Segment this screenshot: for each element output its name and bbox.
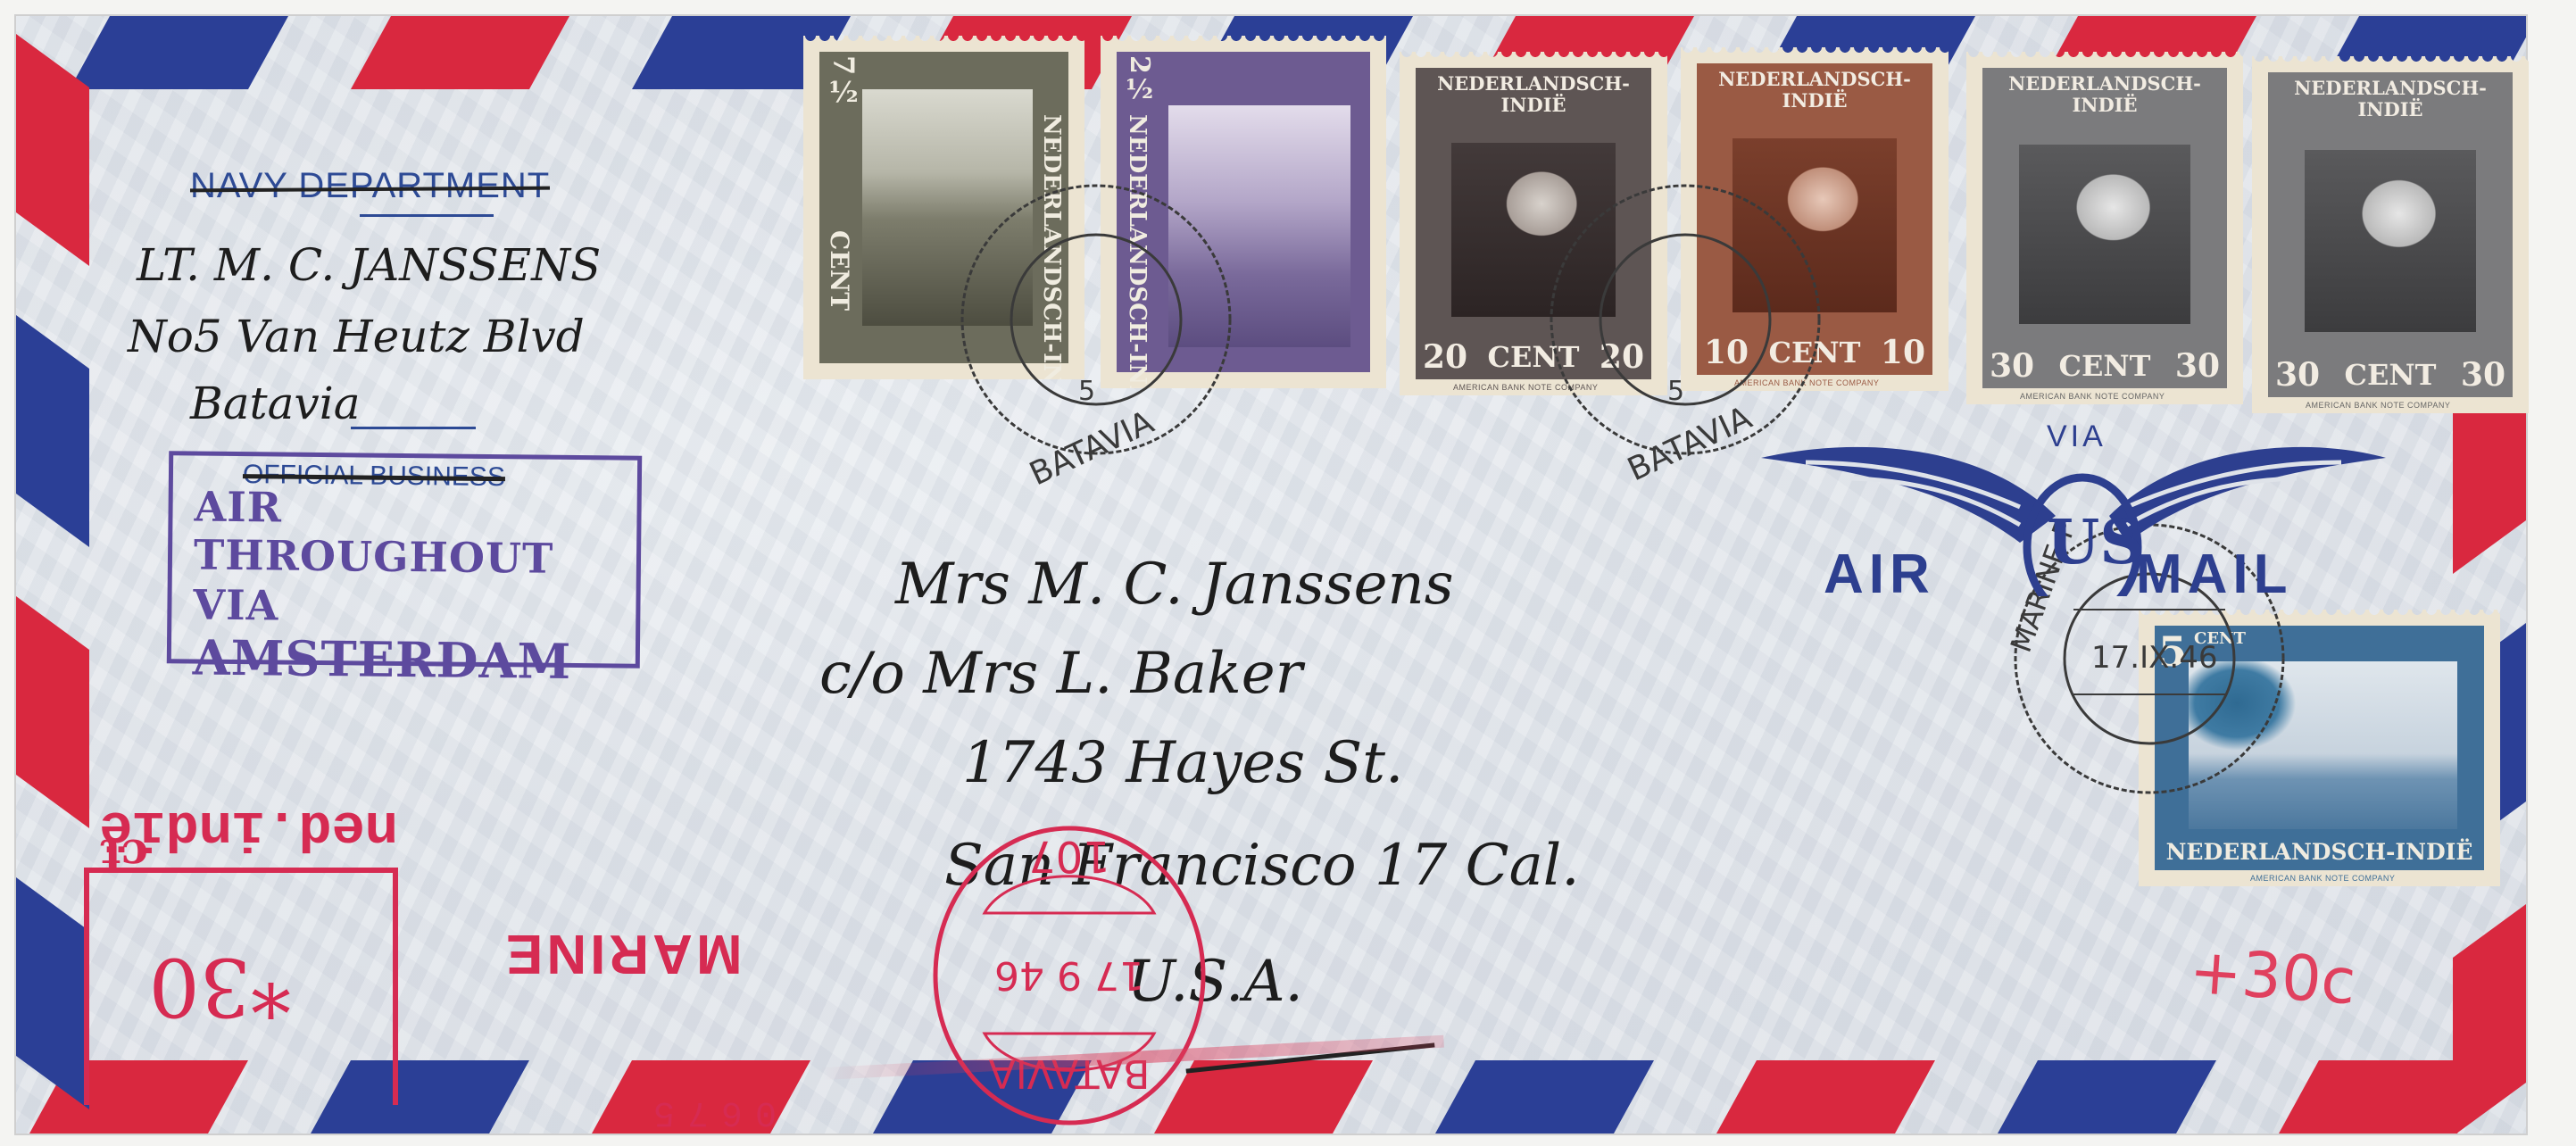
stamp-30-cent: NEDERLANDSCH-INDIË 30 CENT 30 AMERICAN B…	[2252, 56, 2529, 413]
svg-text:5: 5	[1667, 376, 1684, 407]
meter-marine-label: MARINE	[503, 922, 743, 985]
meter-amount: *30	[148, 940, 291, 1034]
red-batavia-postmark: 17 9 46 107 BATAVIA	[918, 819, 1221, 1132]
stamp-30-cent: NEDERLANDSCH-INDIË 30 CENT 30 AMERICAN B…	[1966, 52, 2243, 404]
printer-imprint: AMERICAN BANK NOTE COMPANY	[2020, 392, 2165, 401]
addressee-name: Mrs M. C. Janssens	[895, 552, 1454, 618]
meter-country-text: ned.indië	[99, 796, 398, 859]
sender-name: LT. M. C. JANSSENS	[137, 239, 601, 291]
stamp-frame: NEDERLANDSCH-INDIË 30 CENT 30	[2268, 72, 2513, 397]
cachet-line-1: AIR THROUGHOUT	[194, 483, 637, 584]
addressee-street: 1743 Hayes St.	[962, 730, 1403, 796]
svg-text:5: 5	[1078, 376, 1095, 407]
sender-street: No5 Van Heutz Blvd	[128, 311, 585, 362]
addressee-care-of: c/o Mrs L. Baker	[819, 641, 1302, 707]
divider	[360, 214, 494, 217]
stamp-value: 7½	[827, 55, 860, 109]
header-text: NAVY DEPARTMENT	[190, 166, 550, 205]
svg-text:17 9 46: 17 9 46	[994, 952, 1144, 998]
mail-text: MAIL	[2136, 543, 2293, 606]
stamp-unit: CENT	[825, 230, 854, 311]
stamp-country: NEDERLANDSCH-INDIË	[1982, 73, 2227, 116]
svg-text:BATAVIA: BATAVIA	[1024, 404, 1159, 494]
via-us-airmail-logo: VIA US AIR MAIL	[1752, 409, 2395, 596]
stamp-frame: NEDERLANDSCH-INDIË 30 CENT 30	[1982, 68, 2227, 388]
stamp-country: NEDERLANDSCH-INDIË	[2268, 78, 2513, 120]
us-emblem: US	[2047, 507, 2143, 578]
meter-serial: 0675	[641, 1092, 777, 1132]
stamp-country: NEDERLANDSCH-INDIË	[2155, 839, 2484, 865]
queen-portrait	[2019, 145, 2190, 324]
navy-department-header: NAVY DEPARTMENT	[190, 166, 550, 206]
air-throughout-cachet: OFFICIAL BUSINESS AIR THROUGHOUT VIA AMS…	[167, 451, 642, 668]
envelope: NAVY DEPARTMENT LT. M. C. JANSSENS No5 V…	[16, 16, 2526, 1134]
queen-portrait	[2305, 150, 2476, 332]
sender-city: Batavia	[190, 378, 361, 429]
postage-meter-mark: *30 ct ned.indië	[41, 801, 416, 1114]
stamp-country: NEDERLANDSCH-INDIË	[1416, 73, 1651, 116]
stamp-value: 30	[2175, 347, 2220, 385]
via-text: VIA	[2047, 419, 2107, 454]
stamp-value: 2½	[1124, 55, 1155, 105]
printer-imprint: AMERICAN BANK NOTE COMPANY	[2250, 874, 2395, 883]
cachet-line-2: VIA AMSTERDAM	[193, 581, 636, 691]
divider	[351, 427, 476, 429]
postage-due-annotation: +30c	[2187, 934, 2357, 1019]
cachet-city: AMSTERDAM	[193, 629, 572, 690]
cachet-via: VIA	[193, 581, 278, 630]
stamp-country: NEDERLANDSCH-INDIË	[1697, 69, 1932, 112]
svg-text:107: 107	[1028, 831, 1110, 881]
air-text: AIR	[1824, 543, 1935, 606]
svg-text:17.IX.46: 17.IX.46	[2091, 640, 2217, 676]
stamp-value: 30	[2461, 356, 2505, 394]
postmark-marine-1: BATAVIA 5	[935, 150, 1310, 507]
